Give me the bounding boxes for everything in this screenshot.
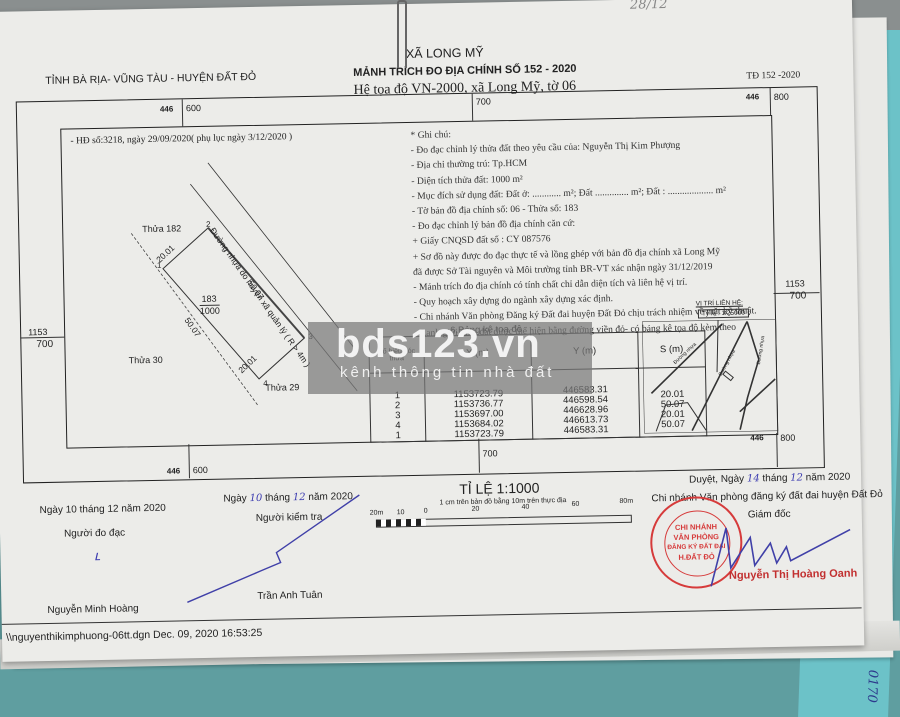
grid-label: 700	[789, 290, 806, 301]
approval-date-prefix: Duyệt, Ngày	[689, 474, 744, 486]
grid-label: 1153	[28, 327, 48, 337]
grid-label: 700	[476, 96, 491, 106]
scale-tick: 0	[424, 508, 428, 515]
y-value: 446583.31	[541, 425, 631, 437]
grid-label: 1153	[785, 278, 805, 288]
commune-label: XÃ LONG MỸ	[406, 46, 484, 61]
surveyor-date: Ngày 10 tháng 12 năm 2020	[39, 503, 165, 516]
neighbor-parcel: Thửa 182	[142, 223, 181, 234]
side-note-bottom: 0170	[864, 669, 880, 703]
neighbor-parcel: Thửa 30	[129, 355, 163, 366]
doc-code: TĐ 152 -2020	[746, 70, 800, 81]
scale-note: 1 cm trên bản đồ bằng 10m trên thực địa	[439, 497, 566, 506]
point-label: 4	[263, 379, 268, 388]
checker-signature	[179, 491, 371, 605]
surveyor-signature: ᒻ	[92, 550, 99, 571]
grid-label: 446	[160, 105, 174, 114]
handwritten-date-top: 28/12	[630, 0, 668, 13]
grid-label: 700	[482, 448, 497, 458]
grid-label: 800	[774, 92, 789, 102]
approval-day: 14	[747, 473, 760, 484]
grid-label: 800	[780, 433, 795, 443]
point-label: 1	[157, 261, 162, 270]
approval-name: Nguyễn Thị Hoàng Oanh	[729, 567, 858, 581]
approval-month: 12	[790, 472, 803, 483]
point-id: 1	[379, 431, 417, 442]
file-info: \\nguyenthikimphuong-06tt.dgn Dec. 09, 2…	[6, 627, 262, 644]
watermark-subtitle: kênh thông tin nhà đất	[340, 364, 554, 381]
grid-label: 446	[167, 466, 181, 475]
surveyor-role: Người đo đạc	[64, 528, 125, 540]
grid-label: 600	[186, 103, 201, 113]
grid-label: 446	[746, 92, 760, 101]
watermark-title: bds123.vn	[336, 322, 541, 367]
scale-title: TỈ LỆ 1:1000	[459, 480, 539, 498]
scale-tick: 80m	[619, 498, 633, 505]
neighbor-parcel: Thửa 29	[265, 382, 299, 393]
scale-tick: 10	[397, 509, 405, 516]
surveyor-name: Nguyễn Minh Hoàng	[47, 603, 138, 616]
parcel-area: 1000	[200, 306, 220, 316]
point-label: 2	[206, 220, 211, 229]
grid-label: 700	[36, 339, 53, 350]
approval-year: năm 2020	[806, 472, 851, 484]
location-map-scale: Tỷ lệ : 1/25000	[698, 308, 749, 318]
page-title: MẢNH TRÍCH ĐO ĐỊA CHÍNH SỐ 152 - 2020	[353, 63, 577, 79]
grid-label: 446	[750, 433, 764, 442]
scale-tick: 20m	[370, 510, 384, 517]
scale-bar-checker	[376, 519, 426, 527]
grid-label: 600	[193, 465, 208, 475]
location-map	[642, 319, 778, 434]
approval-month-label: tháng	[762, 473, 787, 484]
scale-tick: 60	[571, 501, 579, 508]
approval-date: Duyệt, Ngày 14 tháng 12 năm 2020	[689, 472, 850, 486]
scale-tick: 20	[472, 506, 480, 513]
paper-clip-icon	[397, 0, 407, 68]
location-map-title: VỊ TRÍ LIÊN HỆ:	[696, 300, 743, 308]
province-label: TỈNH BÀ RỊA- VŨNG TÀU - HUYỆN ĐẤT ĐỎ	[45, 71, 256, 87]
notes-block: * Ghi chú: - Đo đạc chỉnh lý thửa đất th…	[410, 121, 757, 340]
x-value: 1153723.79	[434, 429, 524, 441]
parcel-number: 183	[201, 294, 216, 304]
scale-tick: 40	[522, 504, 530, 511]
